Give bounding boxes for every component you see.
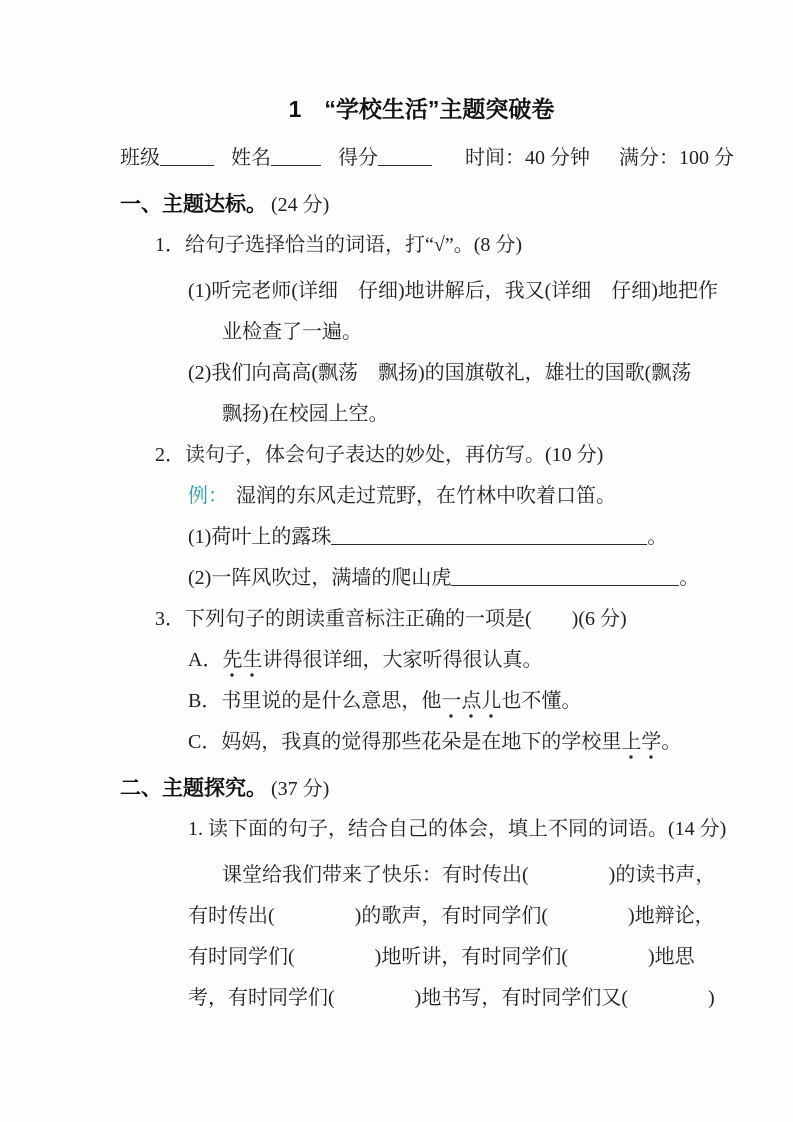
section2-heading: 二、主题探究。(37 分) [120, 768, 723, 809]
s1-q3-option-b: B．书里说的是什么意思，他一点儿也不懂。 [188, 681, 723, 722]
worksheet-page: 1 “学校生活”主题突破卷 班级 姓名 得分 时间：40 分钟 满分：100 分… [0, 0, 793, 1122]
option-c-pre: C．妈妈，我真的觉得那些花朵是在地下的学校里 [188, 731, 621, 753]
example-label: 例： [188, 485, 228, 507]
option-b-post: 也不懂。 [501, 690, 581, 712]
s1-q2-item2-text: (2)一阵风吹过，满墙的爬山虎 [188, 567, 451, 589]
option-a-post: 讲得很详细，大家听得很认真。 [262, 649, 542, 671]
example-text: 湿润的东风走过荒野，在竹林中吹着口笛。 [236, 485, 616, 507]
section2-heading-text: 二、主题探究。 [120, 777, 267, 800]
s1-q2-stem: 2．读句子，体会句子表达的妙处，再仿写。(10 分) [155, 435, 723, 476]
s1-q3-option-c: C．妈妈，我真的觉得那些花朵是在地下的学校里上学。 [188, 722, 723, 763]
s1-q3-stem: 3．下列句子的朗读重音标注正确的一项是( )(6 分) [155, 599, 723, 640]
time-limit: 时间：40 分钟 [465, 147, 590, 169]
section1-points: (24 分) [271, 194, 329, 216]
s1-q2-item1-text: (1)荷叶上的露珠 [188, 526, 331, 548]
s1-q2-item1-period: 。 [647, 526, 667, 548]
name-blank [271, 148, 321, 166]
score-blank [378, 148, 432, 166]
s1-q2-example: 例：湿润的东风走过荒野，在竹林中吹着口笛。 [188, 476, 723, 517]
s1-q1-item1-line1: (1)听完老师(详细 仔细)地讲解后，我又(详细 仔细)地把作 [188, 271, 723, 312]
page-title: 1 “学校生活”主题突破卷 [120, 92, 723, 126]
option-c-emphasis: 上学 [621, 731, 661, 760]
option-a-emphasis: 先生 [222, 649, 262, 678]
s1-q2-item2: (2)一阵风吹过，满墙的爬山虎。 [188, 558, 723, 599]
s1-q1-item1-line2: 业检查了一遍。 [222, 312, 723, 353]
class-blank [160, 148, 214, 166]
full-score: 满分：100 分 [619, 147, 734, 169]
score-field: 得分 [338, 147, 432, 169]
student-info-row: 班级 姓名 得分 时间：40 分钟 满分：100 分 [120, 138, 723, 179]
s1-q3-option-a: A．先生讲得很详细，大家听得很认真。 [188, 640, 723, 681]
class-field: 班级 [120, 147, 214, 169]
s1-q2-item1: (1)荷叶上的露珠。 [188, 517, 723, 558]
name-label: 姓名 [231, 147, 271, 169]
s2-q1-para-line2: 有时传出( )的歌声，有时同学们( )地辩论， [188, 896, 723, 937]
s1-q1-stem: 1．给句子选择恰当的词语，打“√”。(8 分) [155, 225, 723, 266]
section1-heading: 一、主题达标。(24 分) [120, 184, 723, 225]
option-b-emphasis: 一点儿 [441, 690, 501, 719]
s2-q1-para-line4: 考，有时同学们( )地书写，有时同学们又( ) [188, 978, 723, 1019]
option-c-post: 。 [661, 731, 681, 753]
s1-q2-item2-period: 。 [679, 567, 699, 589]
name-field: 姓名 [231, 147, 321, 169]
s1-q1-item2-line1: (2)我们向高高(飘荡 飘扬)的国旗敬礼，雄壮的国歌(飘荡 [188, 353, 723, 394]
s1-q1-item2-line2: 飘扬)在校园上空。 [222, 394, 723, 435]
section1-heading-text: 一、主题达标。 [120, 193, 267, 216]
section2-points: (37 分) [271, 778, 329, 800]
option-b-pre: B．书里说的是什么意思，他 [188, 690, 441, 712]
option-a-pre: A． [188, 649, 222, 671]
s2-q1-stem: 1. 读下面的句子，结合自己的体会，填上不同的词语。(14 分) [188, 809, 723, 850]
s1-q2-item1-answer-blank [331, 527, 647, 545]
score-label: 得分 [338, 147, 378, 169]
s2-q1-para-line3: 有时同学们( )地听讲，有时同学们( )地思 [188, 937, 723, 978]
s2-q1-para-line1: 课堂给我们带来了快乐：有时传出( )的读书声， [222, 855, 723, 896]
s1-q2-item2-answer-blank [451, 568, 679, 586]
class-label: 班级 [120, 147, 160, 169]
